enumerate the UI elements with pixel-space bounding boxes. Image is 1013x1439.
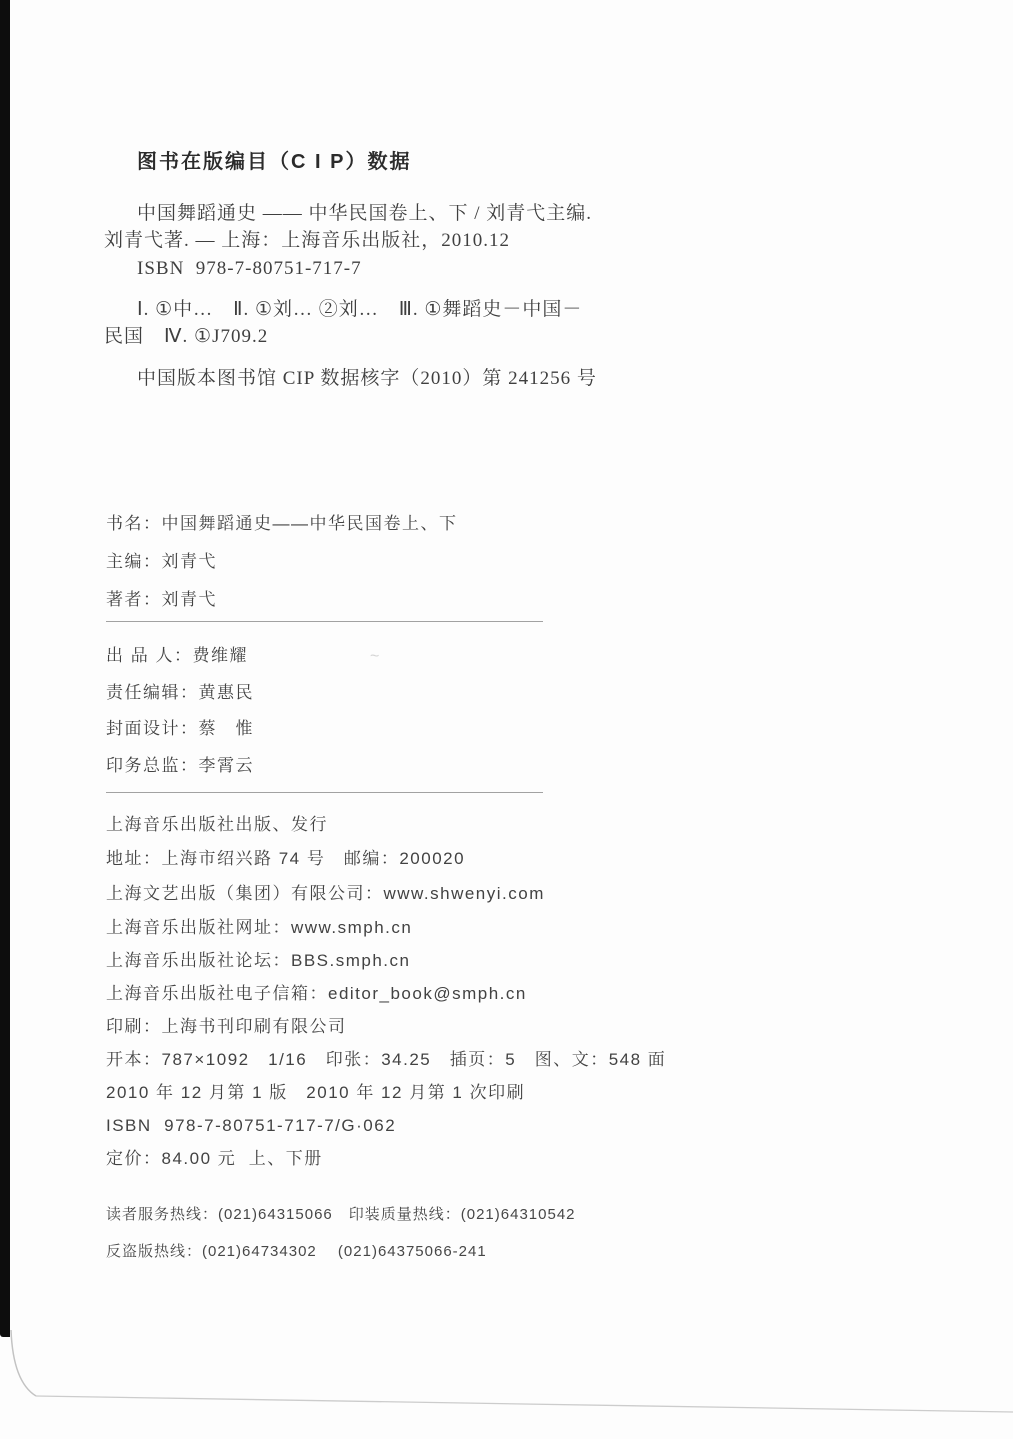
publisher-edition-line: 2010 年 12 月第 1 版 2010 年 12 月第 1 次印刷 — [106, 1082, 525, 1103]
cip-bibliography-line2: 刘青弋著. — 上海：上海音乐出版社，2010.12 — [104, 229, 510, 253]
staff-producer-line: 出 品 人：费维耀 — [106, 645, 248, 666]
scan-smudge-mark: ~ — [370, 648, 379, 666]
publisher-format-line: 开本：787×1092 1/16 印张：34.25 插页：5 图、文：548 面 — [106, 1049, 666, 1070]
hotline-service-line: 读者服务热线：(021)64315066 印装质量热线：(021)6431054… — [106, 1206, 576, 1225]
cip-classification-line2: 民国 Ⅳ. ①J709.2 — [104, 325, 268, 349]
divider-rule-bottom — [106, 792, 543, 793]
cip-header: 图书在版编目（C I P）数据 — [137, 150, 411, 175]
publisher-address-line: 地址：上海市绍兴路 74 号 邮编：200020 — [106, 848, 465, 869]
publisher-group-site-line: 上海文艺出版（集团）有限公司：www.shwenyi.com — [106, 883, 545, 904]
hotline-antipiracy-line: 反盗版热线：(021)64734302 (021)64375066-241 — [106, 1243, 487, 1262]
cip-record-number: 中国版本图书馆 CIP 数据核字（2010）第 241256 号 — [137, 367, 597, 391]
book-title-line: 书名：中国舞蹈通史——中华民国卷上、下 — [106, 513, 458, 534]
document-page: 图书在版编目（C I P）数据 中国舞蹈通史 —— 中华民国卷上、下 / 刘青弋… — [0, 0, 1013, 1439]
publisher-publish-line: 上海音乐出版社出版、发行 — [106, 814, 328, 835]
cip-bibliography-line1: 中国舞蹈通史 —— 中华民国卷上、下 / 刘青弋主编. — [137, 202, 592, 226]
scan-edge-bar — [0, 0, 10, 1337]
cip-isbn: ISBN 978-7-80751-717-7 — [137, 257, 362, 281]
cip-classification-line1: Ⅰ. ①中… Ⅱ. ①刘… ②刘… Ⅲ. ①舞蹈史－中国－ — [137, 298, 582, 322]
publisher-printer-line: 印刷：上海书刊印刷有限公司 — [106, 1016, 347, 1037]
publisher-price-line: 定价：84.00 元 上、下册 — [106, 1148, 323, 1169]
publisher-website-line: 上海音乐出版社网址：www.smph.cn — [106, 917, 412, 938]
publisher-forum-line: 上海音乐出版社论坛：BBS.smph.cn — [106, 950, 411, 971]
staff-print-supervisor-line: 印务总监：李霄云 — [106, 755, 254, 776]
publisher-isbn-line: ISBN 978-7-80751-717-7/G·062 — [106, 1115, 396, 1136]
divider-rule-top — [106, 621, 543, 622]
staff-cover-design-line: 封面设计：蔡 惟 — [106, 718, 254, 739]
publisher-email-line: 上海音乐出版社电子信箱：editor_book@smph.cn — [106, 983, 527, 1004]
book-author-line: 著者：刘青弋 — [106, 589, 217, 610]
book-chief-editor-line: 主编：刘青弋 — [106, 551, 217, 572]
staff-responsible-editor-line: 责任编辑：黄惠民 — [106, 682, 254, 703]
